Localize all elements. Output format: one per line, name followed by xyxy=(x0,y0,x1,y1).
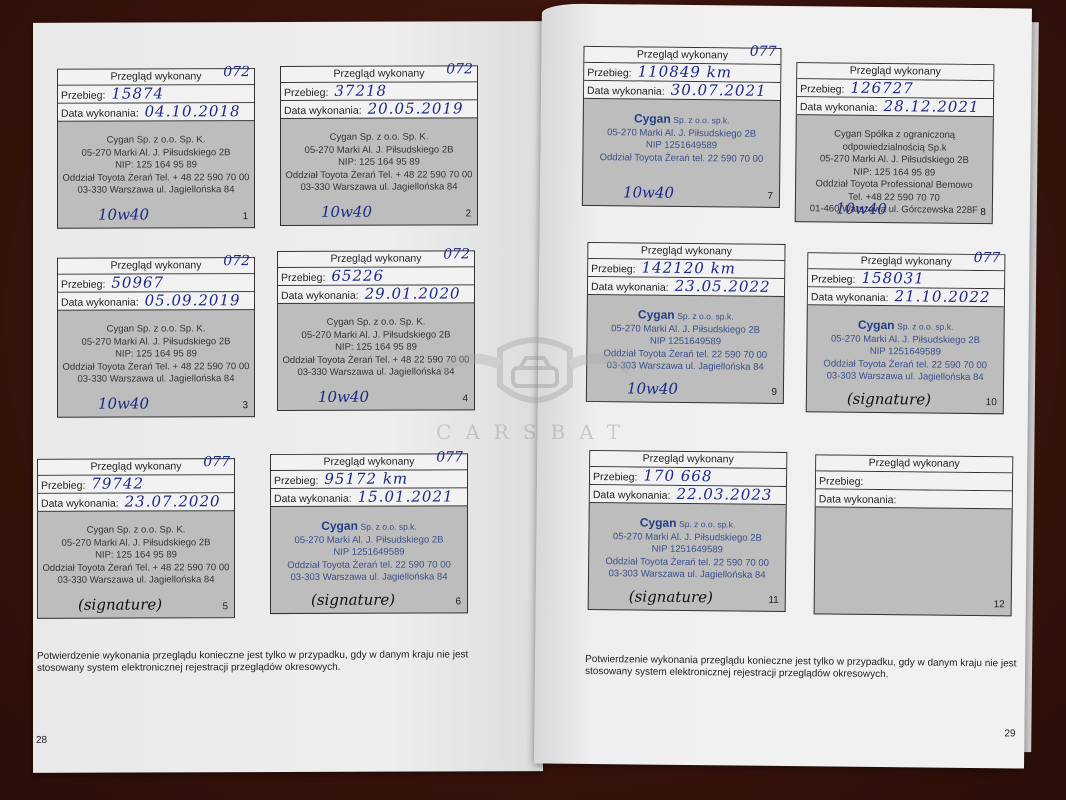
card-number: 9 xyxy=(771,387,777,398)
card-header-label: Przegląd wykonany xyxy=(330,253,421,265)
dealer-stamp: Cygan Sp. z o.o. Sp. K.05-270 Marki Al. … xyxy=(58,309,254,417)
right-page-number: 29 xyxy=(1004,728,1015,739)
stamp-line: 05-270 Marki Al. J. Piłsudskiego 2B xyxy=(807,333,1003,348)
stamp-brand-sub: Sp. z o.o. sp.k. xyxy=(677,311,733,322)
date-label: Data wykonania: xyxy=(800,101,878,114)
stamp-line: NIP: 125 164 95 89 xyxy=(38,549,234,562)
date-value: 28.12.2021 xyxy=(883,97,979,116)
inspection-card: Przegląd wykonany072Przebieg:15874Data w… xyxy=(57,68,255,229)
card-number: 6 xyxy=(455,596,461,607)
inspection-card: Przegląd wykonany077Przebieg:110849 kmDa… xyxy=(582,46,782,208)
stamp-brand: Cygan xyxy=(858,318,895,332)
card-number: 4 xyxy=(462,393,468,404)
stamp-line: Oddział Toyota Żerań Tel. + 48 22 590 70… xyxy=(58,361,254,374)
date-row: Data wykonania:20.05.2019 xyxy=(281,100,477,119)
date-value: 20.05.2019 xyxy=(368,99,464,117)
card-header: Przegląd wykonany072 xyxy=(278,251,474,268)
mileage-label: Przebieg: xyxy=(61,279,105,291)
stamp-line: 05-270 Marki Al. J. Piłsudskiego 2B xyxy=(584,126,780,141)
inspection-card: Przegląd wykonanyPrzebieg:Data wykonania… xyxy=(814,454,1014,616)
stamp-line: 05-270 Marki Al. J. Piłsudskiego 2B xyxy=(281,144,477,157)
stamp-line: Oddział Toyota Żerań tel. 22 590 70 00 xyxy=(583,151,779,166)
stamp-line: Cygan Spółka z ograniczoną odpowiedzialn… xyxy=(796,128,992,155)
mileage-row: Przebieg:50967 xyxy=(58,274,254,293)
card-header-label: Przegląd wykonany xyxy=(643,453,734,466)
signature: 10w40 xyxy=(836,200,887,219)
mileage-label: Przebieg: xyxy=(819,475,863,487)
inspection-card: Przegląd wykonany072Przebieg:50967Data w… xyxy=(57,257,255,418)
date-label: Data wykonania: xyxy=(274,493,352,505)
date-label: Data wykonania: xyxy=(61,297,139,309)
mileage-row: Przebieg: xyxy=(816,471,1012,491)
date-label: Data wykonania: xyxy=(281,290,359,302)
card-header: Przegląd wykonany077 xyxy=(38,459,234,476)
mileage-label: Przebieg: xyxy=(274,475,318,487)
date-label: Data wykonania: xyxy=(819,493,897,506)
stamp-line: Cygan Sp. z o.o. Sp. K. xyxy=(58,323,254,336)
signature: (signature) xyxy=(629,587,713,606)
card-number: 8 xyxy=(980,207,986,218)
stamp-line: Cygan Sp. z o.o. Sp. K. xyxy=(58,134,254,147)
stamp-brand: Cygan xyxy=(634,111,671,125)
card-header: Przegląd wykonany072 xyxy=(58,258,254,275)
date-value: 29.01.2020 xyxy=(365,284,461,302)
date-value: 30.07.2021 xyxy=(671,81,767,100)
card-code: 072 xyxy=(223,254,250,269)
date-row: Data wykonania:23.07.2020 xyxy=(38,493,234,512)
date-label: Data wykonania: xyxy=(591,281,669,294)
date-label: Data wykonania: xyxy=(41,498,119,510)
signature: 10w40 xyxy=(98,394,149,412)
stamp-line: 05-270 Marki Al. J. Piłsudskiego 2B xyxy=(58,336,254,349)
card-number: 11 xyxy=(768,595,779,606)
card-header-label: Przegląd wykonany xyxy=(641,245,732,258)
stamp-line: 03-303 Warszawa ul. Jagiellońska 84 xyxy=(271,571,467,584)
stamp-line: 05-270 Marki Al. J. Piłsudskiego 2B xyxy=(58,147,254,160)
mileage-label: Przebieg: xyxy=(281,272,325,284)
stamp-brand-sub: Sp. z o.o. sp.k. xyxy=(679,519,735,530)
mileage-value: 126727 xyxy=(850,79,913,98)
card-code: 077 xyxy=(974,251,1001,266)
card-header-label: Przegląd wykonany xyxy=(333,68,424,80)
stamp-line: Cygan Sp. z o.o. Sp. K. xyxy=(281,131,477,144)
date-label: Data wykonania: xyxy=(593,489,671,502)
stamp-brand-sub: Sp. z o.o. sp.k. xyxy=(361,522,417,532)
stamp-brand-sub: Sp. z o.o. sp.k. xyxy=(897,321,953,332)
stamp-line: Oddział Toyota Żerań Tel. + 48 22 590 70… xyxy=(38,562,234,575)
date-value: 04.10.2018 xyxy=(145,102,241,120)
mileage-label: Przebieg: xyxy=(284,87,328,99)
date-row: Data wykonania:15.01.2021 xyxy=(271,488,467,507)
dealer-stamp xyxy=(815,506,1012,615)
date-label: Data wykonania: xyxy=(284,105,362,117)
card-header-label: Przegląd wykonany xyxy=(110,70,201,82)
stamp-line: 05-270 Marki Al. J. Piłsudskiego 2B xyxy=(796,153,992,168)
mileage-row: Przebieg:79742 xyxy=(38,475,234,494)
mileage-label: Przebieg: xyxy=(811,273,855,285)
inspection-card: Przegląd wykonanyPrzebieg:126727Data wyk… xyxy=(795,62,995,224)
stamp-brand-sub: Sp. z o.o. sp.k. xyxy=(673,115,729,126)
stamp-line: Oddział Toyota Professional Bemowo xyxy=(796,178,992,193)
stamp-line: Oddział Toyota Żerań tel. 22 590 70 00 xyxy=(271,559,467,572)
card-header-label: Przegląd wykonany xyxy=(861,255,952,268)
card-number: 1 xyxy=(242,211,248,222)
dealer-stamp: Cygan Sp. z o.o. sp.k.05-270 Marki Al. J… xyxy=(587,294,784,403)
date-label: Data wykonania: xyxy=(61,108,139,120)
mileage-label: Przebieg: xyxy=(591,263,635,275)
date-value: 15.01.2021 xyxy=(358,487,454,505)
stamp-line: 03-303 Warszawa ul. Jagiellońska 84 xyxy=(589,568,785,583)
signature: (signature) xyxy=(78,595,162,613)
card-code: 072 xyxy=(223,65,250,80)
stamp-line: Oddział Toyota Żerań Tel. + 48 22 590 70… xyxy=(278,354,474,367)
stamp-line: 03-330 Warszawa ul. Jagiellońska 84 xyxy=(278,366,474,379)
mileage-row: Przebieg:65226 xyxy=(278,267,474,286)
card-number: 5 xyxy=(222,601,228,612)
inspection-card: Przegląd wykonany077Przebieg:95172 kmDat… xyxy=(270,453,468,614)
card-header-label: Przegląd wykonany xyxy=(637,48,728,61)
mileage-value: 65226 xyxy=(331,267,384,285)
right-page: Przegląd wykonany077Przebieg:110849 kmDa… xyxy=(534,3,1032,768)
card-number: 7 xyxy=(767,191,773,202)
date-value: 21.10.2022 xyxy=(894,287,990,306)
mileage-label: Przebieg: xyxy=(593,471,637,483)
mileage-value: 79742 xyxy=(91,475,144,493)
card-code: 077 xyxy=(436,450,463,465)
mileage-value: 158031 xyxy=(861,269,924,288)
card-header-label: Przegląd wykonany xyxy=(869,457,960,470)
left-page: Przegląd wykonany072Przebieg:15874Data w… xyxy=(33,21,543,773)
mileage-row: Przebieg:37218 xyxy=(281,82,477,101)
dealer-stamp: Cygan Sp. z o.o. Sp. K.05-270 Marki Al. … xyxy=(281,117,477,225)
stamp-line: NIP: 125 164 95 89 xyxy=(58,159,254,172)
stamp-line: NIP: 125 164 95 89 xyxy=(281,156,477,169)
mileage-row: Przebieg:95172 km xyxy=(271,470,467,489)
mileage-label: Przebieg: xyxy=(800,83,844,95)
stamp-line: Oddział Toyota Żerań Tel. + 48 22 590 70… xyxy=(281,169,477,182)
card-header-label: Przegląd wykonany xyxy=(110,259,201,271)
stamp-line: 03-303 Warszawa ul. Jagiellońska 84 xyxy=(807,370,1003,385)
stamp-line: 05-270 Marki Al. J. Piłsudskiego 2B xyxy=(38,537,234,550)
stamp-line: Cygan Sp. z o.o. Sp. K. xyxy=(278,316,474,329)
stamp-line: 03-330 Warszawa ul. Jagiellońska 84 xyxy=(281,181,477,194)
stamp-line: Cygan Sp. z o.o. Sp. K. xyxy=(38,524,234,537)
date-label: Data wykonania: xyxy=(811,291,889,304)
stamp-brand: Cygan xyxy=(638,307,675,321)
card-number: 3 xyxy=(242,400,248,411)
stamp-line: 03-330 Warszawa ul. Jagiellońska 84 xyxy=(58,373,254,386)
mileage-value: 95172 km xyxy=(324,470,408,488)
stamp-line: 05-270 Marki Al. J. Piłsudskiego 2B xyxy=(278,329,474,342)
card-header: Przegląd wykonany072 xyxy=(281,66,477,83)
card-header-label: Przegląd wykonany xyxy=(90,460,181,472)
card-header: Przegląd wykonany072 xyxy=(58,69,254,86)
mileage-label: Przebieg: xyxy=(41,480,85,492)
stamp-line: 03-303 Warszawa ul. Jagiellońska 84 xyxy=(587,360,783,375)
date-row: Data wykonania:29.01.2020 xyxy=(278,285,474,304)
stamp-line: NIP: 125 164 95 89 xyxy=(58,348,254,361)
stamp-line: 05-270 Marki Al. J. Piłsudskiego 2B xyxy=(589,530,785,545)
date-value: 05.09.2019 xyxy=(145,291,241,309)
signature: 10w40 xyxy=(627,379,678,398)
dealer-stamp: Cygan Sp. z o.o. Sp. K.05-270 Marki Al. … xyxy=(58,120,254,228)
stamp-brand: Cygan xyxy=(321,519,358,533)
left-page-number: 28 xyxy=(36,735,47,746)
card-code: 072 xyxy=(443,247,470,262)
signature: 10w40 xyxy=(321,203,372,221)
date-value: 22.03.2023 xyxy=(676,485,772,504)
mileage-label: Przebieg: xyxy=(587,67,631,79)
signature: 10w40 xyxy=(318,388,369,406)
mileage-row: Przebieg:15874 xyxy=(58,85,254,104)
inspection-card: Przegląd wykonany072Przebieg:37218Data w… xyxy=(280,65,478,226)
dealer-stamp: Cygan Sp. z o.o. Sp. K.05-270 Marki Al. … xyxy=(278,302,474,410)
stamp-line: 05-270 Marki Al. J. Piłsudskiego 2B xyxy=(588,322,784,337)
card-number: 12 xyxy=(994,599,1005,610)
stamp-line: NIP: 125 164 95 89 xyxy=(278,341,474,354)
stamp-line: 03-330 Warszawa ul. Jagiellońska 84 xyxy=(58,184,254,197)
signature: 10w40 xyxy=(98,205,149,223)
date-value: 23.05.2022 xyxy=(675,277,771,296)
signature: (signature) xyxy=(847,390,931,409)
mileage-value: 50967 xyxy=(111,273,164,291)
inspection-card: Przegląd wykonanyPrzebieg:142120 kmData … xyxy=(586,242,786,404)
stamp-brand: Cygan xyxy=(640,516,677,530)
mileage-value: 15874 xyxy=(111,84,164,102)
card-code: 077 xyxy=(203,455,230,470)
date-value: 23.07.2020 xyxy=(125,492,221,510)
signature: (signature) xyxy=(311,591,395,609)
card-code: 072 xyxy=(446,62,473,77)
stamp-line: Oddział Toyota Żerań Tel. + 48 22 590 70… xyxy=(58,172,254,185)
left-footnote: Potwierdzenie wykonania przeglądu koniec… xyxy=(37,649,497,675)
card-header-label: Przegląd wykonany xyxy=(850,65,941,78)
card-header: Przegląd wykonany077 xyxy=(271,454,467,471)
signature: 10w40 xyxy=(623,183,674,202)
inspection-card: Przegląd wykonanyPrzebieg:170 668Data wy… xyxy=(588,450,788,612)
card-number: 10 xyxy=(986,397,997,408)
stamp-line: 03-330 Warszawa ul. Jagiellońska 84 xyxy=(38,574,234,587)
card-header-label: Przegląd wykonany xyxy=(323,456,414,468)
dealer-stamp: Cygan Sp. z o.o. sp.k.05-270 Marki Al. J… xyxy=(583,98,780,207)
stamp-line: 01-460 Warszawa ul. Górczewska 228F xyxy=(796,203,992,218)
mileage-value: 170 668 xyxy=(643,467,712,486)
inspection-card: Przegląd wykonany072Przebieg:65226Data w… xyxy=(277,250,475,411)
date-label: Data wykonania: xyxy=(587,85,665,98)
inspection-card: Przegląd wykonany077Przebieg:79742Data w… xyxy=(37,458,235,619)
right-footnote: Potwierdzenie wykonania przeglądu koniec… xyxy=(585,654,1045,683)
mileage-value: 142120 km xyxy=(641,259,736,278)
card-code: 077 xyxy=(750,45,777,60)
dealer-stamp: Cygan Spółka z ograniczoną odpowiedzialn… xyxy=(796,114,993,223)
mileage-label: Przebieg: xyxy=(61,90,105,102)
mileage-value: 37218 xyxy=(334,82,387,100)
card-number: 2 xyxy=(465,208,471,219)
stamp-line: 05-270 Marki Al. J. Piłsudskiego 2B xyxy=(271,534,467,547)
mileage-value: 110849 km xyxy=(638,62,733,81)
date-row: Data wykonania:05.09.2019 xyxy=(58,292,254,311)
stamp-line: NIP 1251649589 xyxy=(271,546,467,559)
inspection-card: Przegląd wykonany077Przebieg:158031Data … xyxy=(806,252,1006,414)
date-row: Data wykonania:04.10.2018 xyxy=(58,103,254,122)
